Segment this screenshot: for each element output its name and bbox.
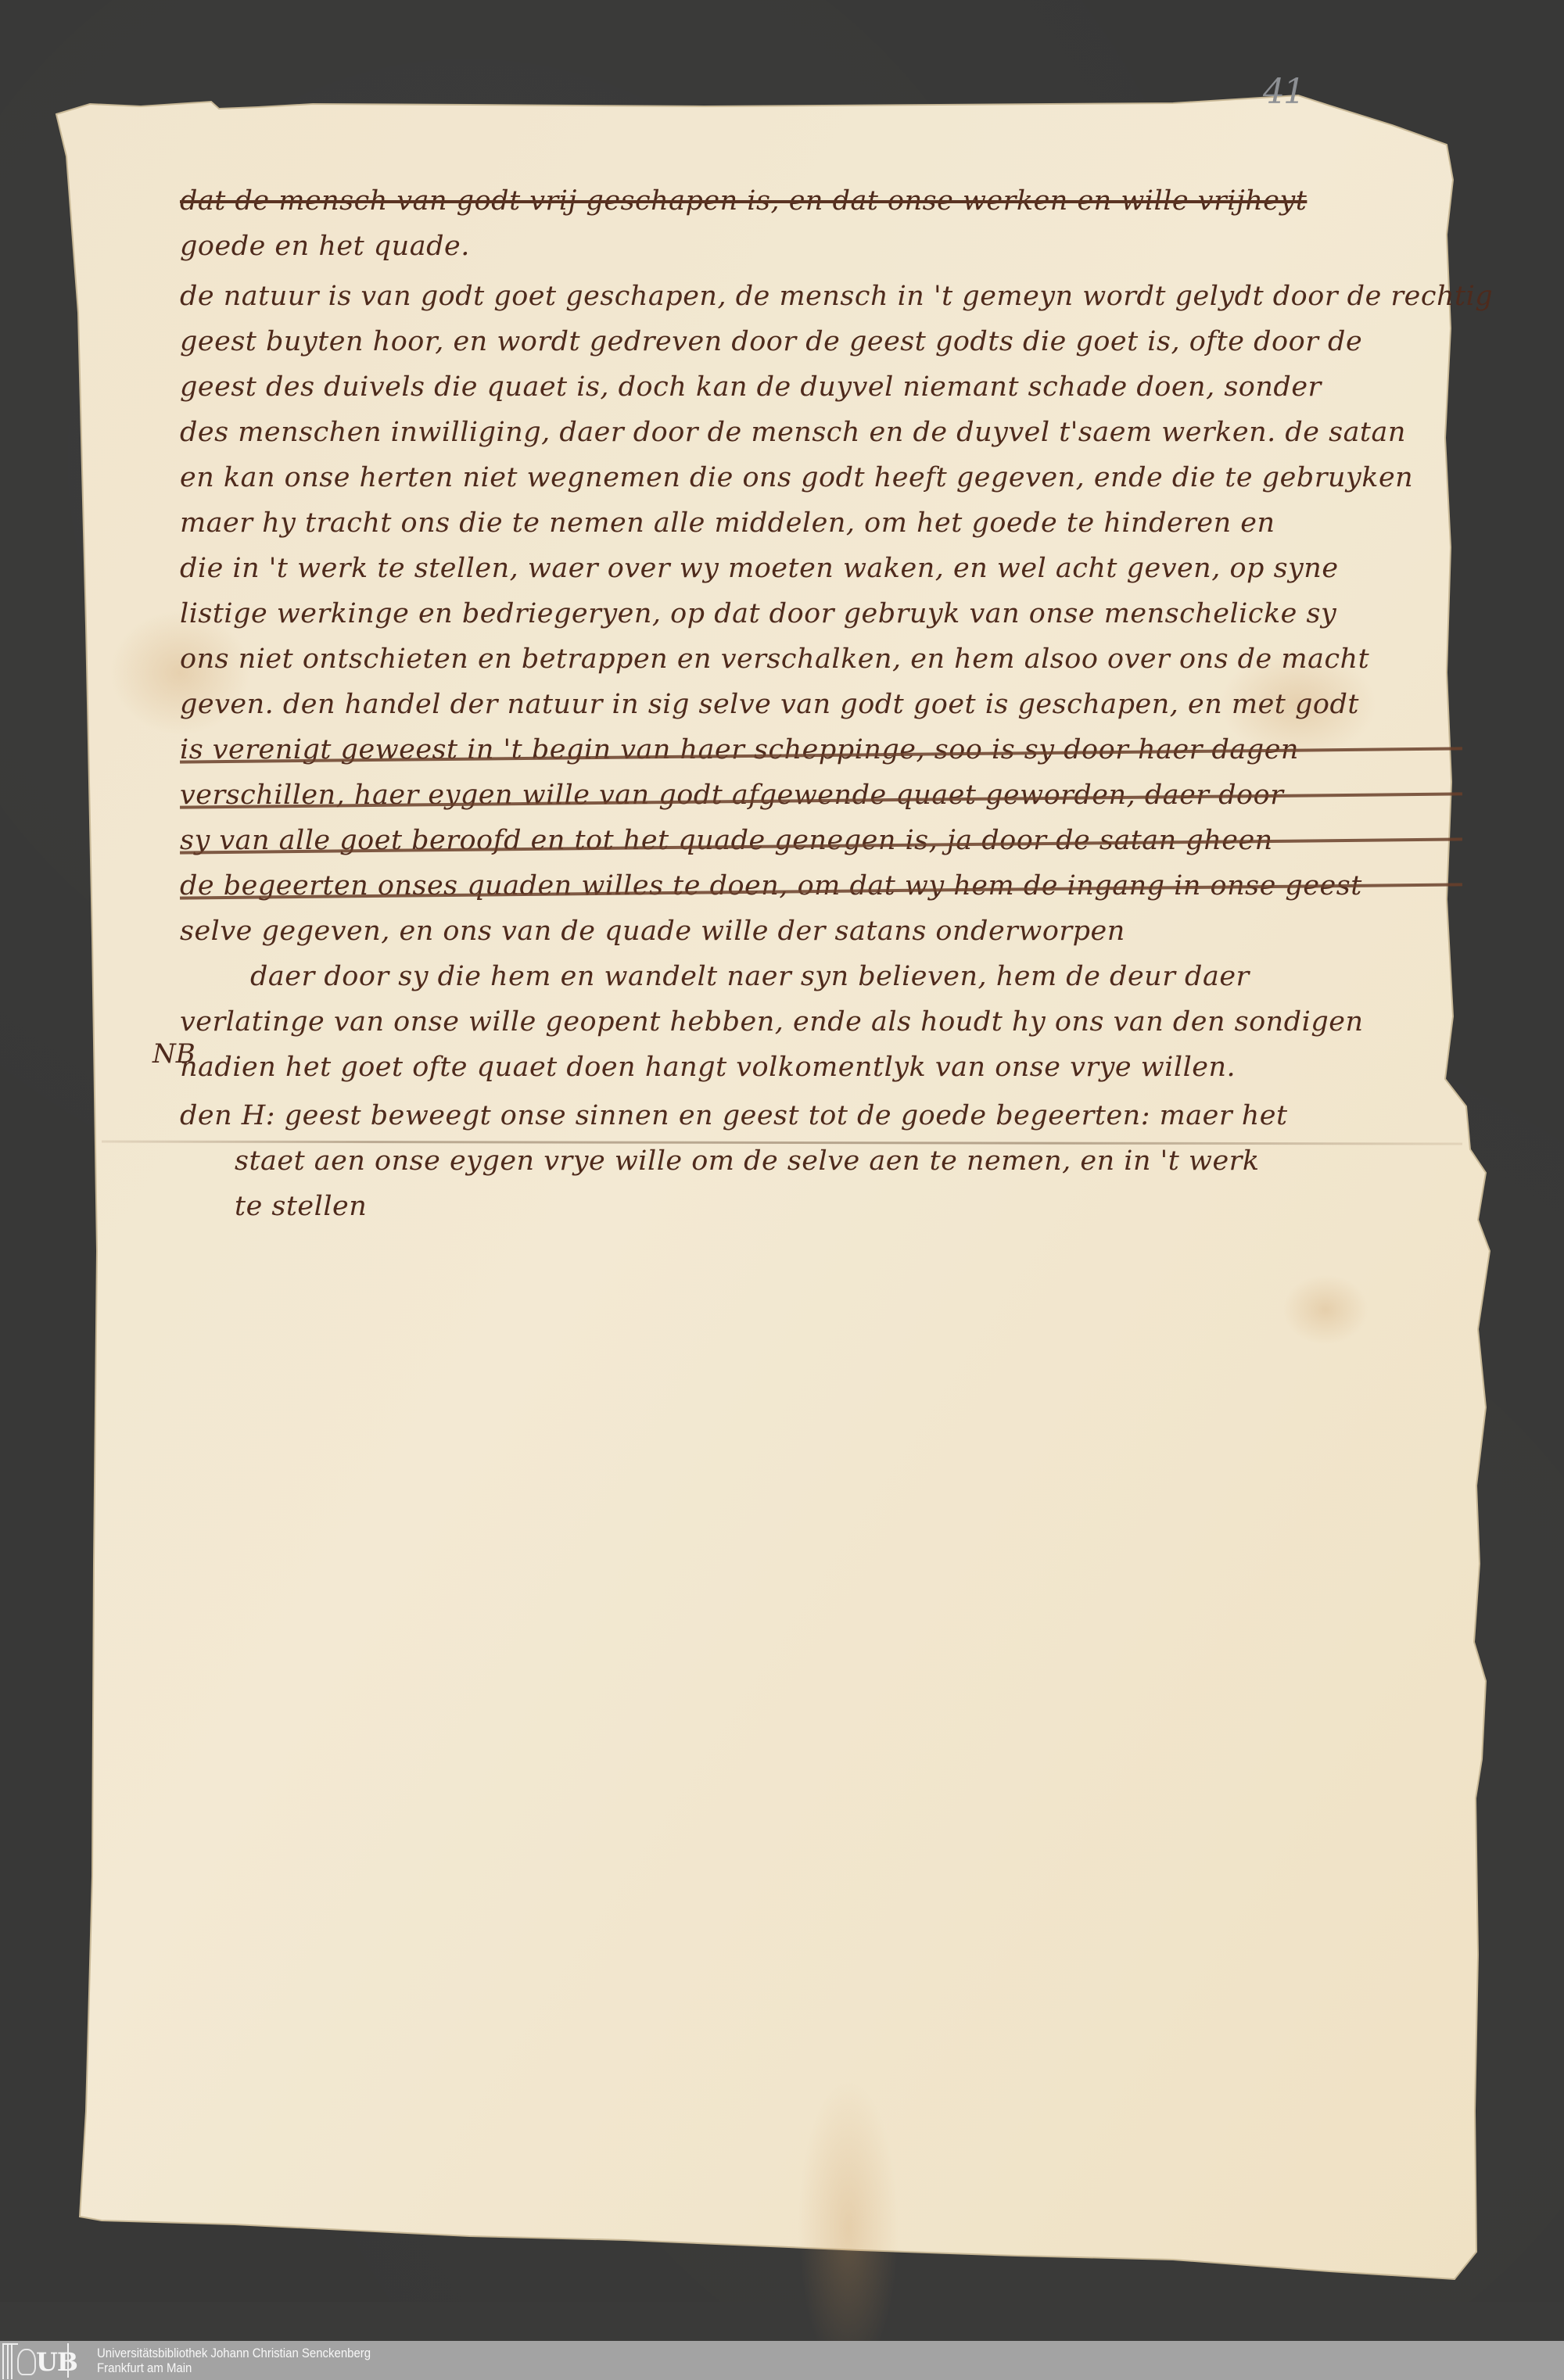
water-stain xyxy=(1282,1274,1368,1345)
library-footer-banner: UB Universitätsbibliothek Johann Christi… xyxy=(0,2341,1564,2380)
manuscript-line: listige werkinge en bedriegeryen, op dat… xyxy=(180,591,1462,636)
manuscript-line: nadien het goet ofte quaet doen hangt vo… xyxy=(180,1045,1462,1090)
institution-line-2: Frankfurt am Main xyxy=(97,2360,371,2375)
manuscript-line: daer door sy die hem en wandelt naer syn… xyxy=(180,954,1462,999)
logo-portrait-icon xyxy=(17,2349,36,2375)
manuscript-line: ons niet ontschieten en betrappen en ver… xyxy=(180,636,1462,682)
manuscript-text: dat de mensch van godt vrij geschapen is… xyxy=(180,178,1462,1229)
manuscript-line: dat de mensch van godt vrij geschapen is… xyxy=(180,178,1462,224)
manuscript-line: te stellen xyxy=(180,1184,1462,1229)
manuscript-line-struck: sy van alle goet beroofd en tot het quad… xyxy=(180,818,1462,863)
manuscript-line: en kan onse herten niet wegnemen die ons… xyxy=(180,455,1462,500)
institution-name: Universitätsbibliothek Johann Christian … xyxy=(97,2346,371,2375)
manuscript-page: 41 dat de mensch van godt vrij geschapen… xyxy=(0,0,1564,2302)
manuscript-line-struck: is verenigt geweest in 't begin van haer… xyxy=(180,727,1462,772)
manuscript-line: selve gegeven, en ons van de quade wille… xyxy=(180,909,1462,954)
folio-number: 41 xyxy=(1263,72,1304,112)
manuscript-line-struck: de begeerten onses quaden willes te doen… xyxy=(180,863,1462,909)
logo-divider xyxy=(67,2343,69,2378)
manuscript-line-struck: verschillen, haer eygen wille van godt a… xyxy=(180,772,1462,818)
manuscript-line: die in 't werk te stellen, waer over wy … xyxy=(180,546,1462,591)
water-stain xyxy=(798,2080,899,2377)
manuscript-line: geest buyten hoor, en wordt gedreven doo… xyxy=(180,319,1462,364)
manuscript-line: geven. den handel der natuur in sig selv… xyxy=(180,682,1462,727)
nota-bene-margin-note: NB xyxy=(152,1038,195,1070)
manuscript-line: verlatinge van onse wille geopent hebben… xyxy=(180,999,1462,1045)
institution-line-1: Universitätsbibliothek Johann Christian … xyxy=(97,2346,371,2360)
manuscript-line: goede en het quade. xyxy=(180,224,1462,269)
manuscript-line: staet aen onse eygen vrye wille om de se… xyxy=(180,1138,1462,1184)
logo-book-icon xyxy=(2,2343,18,2379)
manuscript-line: maer hy tracht ons die te nemen alle mid… xyxy=(180,500,1462,546)
manuscript-line: des menschen inwilliging, daer door de m… xyxy=(180,410,1462,455)
manuscript-line: den H: geest beweegt onse sinnen en gees… xyxy=(180,1093,1462,1138)
manuscript-line: geest des duivels die quaet is, doch kan… xyxy=(180,364,1462,410)
manuscript-line: de natuur is van godt goet geschapen, de… xyxy=(180,274,1462,319)
library-logo: UB xyxy=(0,2341,92,2380)
logo-ub-text: UB xyxy=(36,2347,77,2377)
